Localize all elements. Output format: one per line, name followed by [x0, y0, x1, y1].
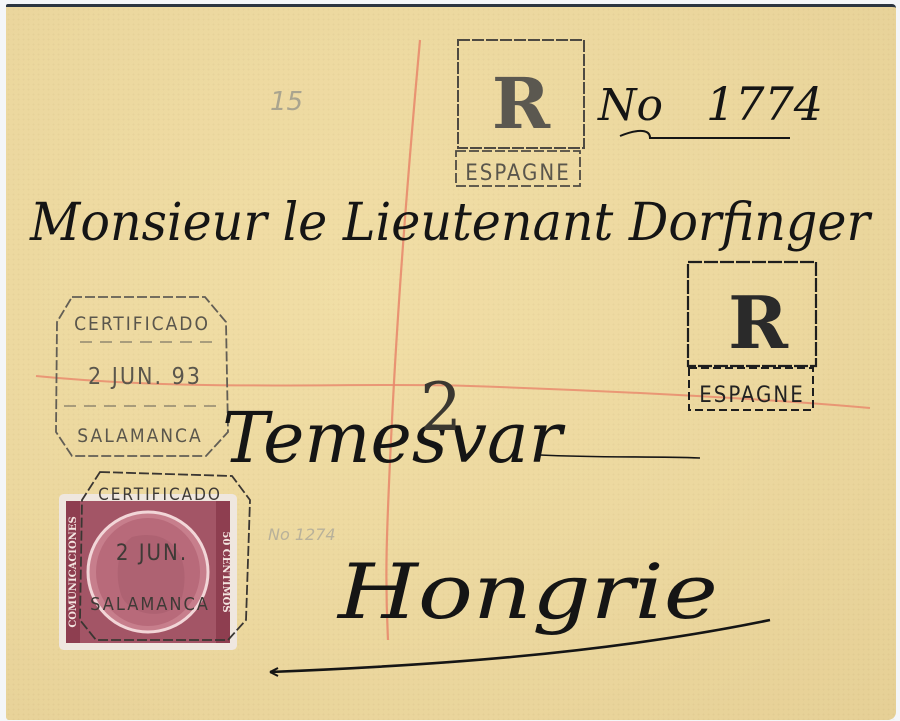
crayon-number-mark: 2	[0, 0, 900, 721]
svg-text:2: 2	[420, 369, 462, 446]
